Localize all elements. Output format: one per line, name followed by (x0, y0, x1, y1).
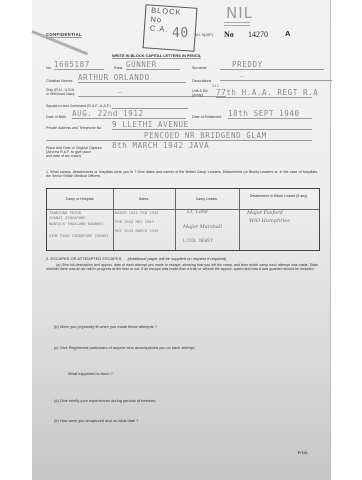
section-2-heading: 2. ESCAPES OR ATTEMPTED ESCAPES. (Additi… (46, 256, 227, 261)
address-label: Private Address and Telephone No. (46, 126, 102, 130)
christian-names-label: Christian Names (46, 79, 73, 83)
enlistment-label: Date of Enlistment (192, 115, 221, 119)
capture-value: 8th MARCH 1942 JAVA (112, 141, 209, 150)
row-3-dates: MAY 1943 MARCH 1945 (115, 228, 173, 233)
dob-value: AUG. 22nd 1912 (72, 109, 186, 119)
nil-annotation: NIL (226, 4, 253, 22)
row-3-leader: Major Marshall (183, 224, 222, 230)
decorations-label: Decorations (192, 79, 211, 83)
unit-label-2: (Army) (192, 93, 203, 97)
capture-label-3: and date of a/c crash). (46, 154, 82, 158)
no-label: No. (46, 66, 52, 70)
header-camp: Camp or Hospital. (47, 197, 113, 201)
row-2-block-leader: W/O Humphries (249, 218, 290, 224)
row-4-leader: L/COL NEWEY (183, 239, 213, 244)
row-1-block-leader: Major Fosford (247, 210, 283, 216)
classification-label: CONFIDENTIAL (46, 32, 82, 38)
section-1-question: 1. What camps, detachments or hospitals … (46, 170, 318, 179)
question-2d: (d) Give briefly your experiences during… (54, 398, 157, 403)
dob-label: Date of Birth (46, 115, 66, 119)
question-2e: (e) How were you recaptured and on what … (54, 418, 138, 423)
question-2a: (a) Give full description and approx. da… (46, 263, 318, 272)
camps-table: Camp or Hospital. Dates. Camp Leader. De… (46, 188, 320, 251)
row-1-dates: MARCH 1942 FEB 1943 (115, 210, 173, 215)
form-code: M.I. 9(JAP) (195, 33, 213, 37)
block-stamp: BLOCK No C.A. (143, 4, 198, 52)
question-2c: (c) Give Regimental particulars of anyon… (54, 345, 195, 350)
instruction-heading: WRITE IN BLOCK CAPITAL LETTERS IN PENCIL (112, 53, 201, 59)
row-1-leader: Lt. Lane (187, 209, 208, 215)
header-camp-leader: Camp Leader. (175, 197, 239, 201)
christian-names-value: ARTHUR ORLANDO (78, 73, 186, 83)
row-2-camp: CHANGI SINGAPORE (49, 215, 86, 220)
escapes-heading: 2. ESCAPES OR ATTEMPTED ESCAPES. (46, 256, 122, 261)
form-suffix: A (285, 29, 290, 38)
escapes-note: (Additional paper will be supplied on re… (128, 256, 228, 261)
number-label: No (224, 30, 234, 39)
squadron-label: Squadron and Command (R.A.F., A.A.F.) (46, 104, 111, 108)
surname-value: PREDDY (220, 60, 324, 70)
enlistment-value: 18th SEPT 1940 (228, 109, 312, 119)
pto-label: P.T.O. (298, 451, 308, 455)
row-3-camp: NONTOCK THAILAND KANBURI (49, 221, 111, 226)
surname-label: Surname (192, 66, 207, 70)
rank-value: GUNNER (126, 60, 180, 70)
header-block-leader: Detachment or Block Leader (if any). (243, 194, 315, 198)
rank-label: Rank (114, 66, 122, 70)
decorations-value: — (220, 73, 332, 81)
header-dates: Dates. (113, 197, 175, 201)
document-page: CONFIDENTIAL BLOCK No C.A. 40 NIL M.I. 9… (32, 0, 331, 480)
address-line-2: PENCOED NR BRIDGEND GLAM (46, 131, 312, 141)
unit-value: 77th H.A.A. REGT R.A (216, 88, 312, 98)
row-2-dates: FEB 1943 MAY 1943 (115, 219, 173, 224)
question-2c-followup: What happened to them ? (68, 371, 113, 376)
address-line-1: 9 LLETHI AVENUE (112, 120, 312, 130)
no-value: 1605187 (54, 60, 104, 70)
ship-label-2: or Merchant Navy (46, 92, 74, 96)
nil-underline (224, 22, 250, 26)
stamp-handwritten-number: 40 (172, 26, 189, 41)
form-number: 14270 (248, 30, 268, 39)
question-2b: (b) Were you physically fit when you mad… (54, 324, 157, 329)
row-4-camp: SIME ROAD SINGAPORE CHANGI (49, 233, 111, 238)
